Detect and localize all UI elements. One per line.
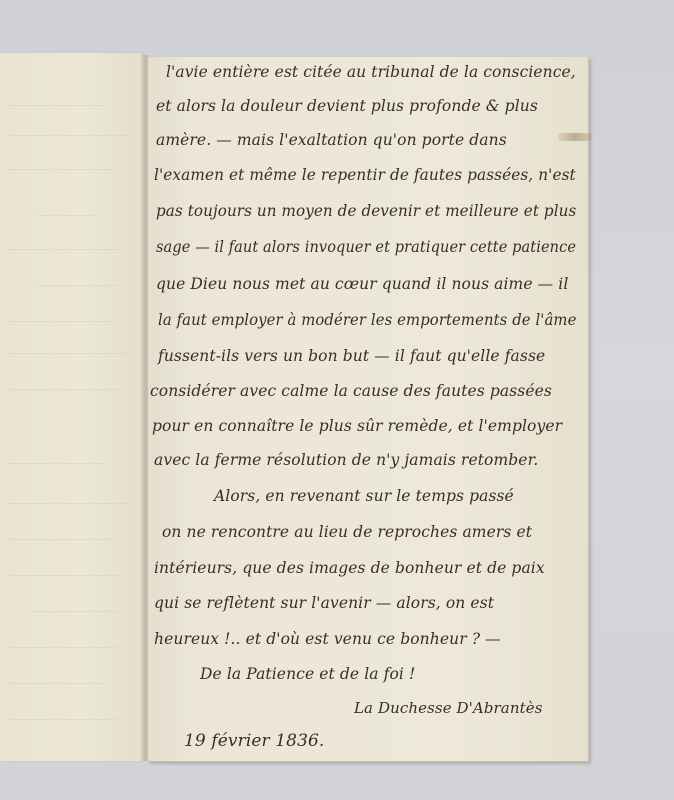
bleed-through-line (6, 343, 130, 354)
bleed-through-line (6, 159, 120, 170)
bleed-through-line (38, 205, 102, 216)
letter-line: et alors la douleur devient plus profond… (156, 97, 538, 115)
letter-line: sage — il faut alors invoquer et pratiqu… (156, 238, 576, 256)
bleed-through-line (6, 637, 120, 648)
letter-line: l'avie entière est citée au tribunal de … (166, 63, 576, 81)
bleed-through-line (6, 125, 130, 136)
bleed-through-line (6, 311, 120, 322)
left-page (0, 53, 141, 761)
letter-line: considérer avec calme la cause des faute… (150, 382, 552, 400)
bleed-through-line (6, 709, 120, 720)
bleed-through-line (38, 275, 122, 286)
bleed-through-line (6, 95, 110, 106)
bleed-through-line (6, 453, 110, 464)
letter-date: 19 février 1836. (184, 731, 324, 751)
bleed-through-line (6, 529, 120, 540)
paper-stain (558, 133, 592, 141)
letter-line: la faut employer à modérer les emporteme… (158, 311, 576, 329)
bleed-through-line (28, 601, 122, 612)
bleed-through-line (6, 239, 125, 250)
bleed-through-line (6, 565, 125, 576)
letter-line: intérieurs, que des images de bonheur et… (154, 559, 545, 577)
letter-line: heureux !.. et d'où est venu ce bonheur … (154, 630, 501, 648)
letter-line: l'examen et même le repentir de fautes p… (154, 166, 576, 184)
letter-line: amère. — mais l'exaltation qu'on porte d… (156, 131, 507, 149)
right-page: l'avie entière est citée au tribunal de … (148, 57, 589, 762)
bleed-through-line (6, 673, 110, 684)
letter-line: pour en connaître le plus sûr remède, et… (152, 417, 562, 435)
letter-line: qui se reflètent sur l'avenir — alors, o… (154, 594, 494, 612)
letter-line: pas toujours un moyen de devenir et meil… (156, 202, 576, 220)
letter-line: fussent-ils vers un bon but — il faut qu… (158, 347, 545, 365)
bleed-through-line (6, 493, 130, 504)
letter-line: avec la ferme résolution de n'y jamais r… (154, 451, 538, 469)
letter-line: que Dieu nous met au cœur quand il nous … (156, 275, 568, 293)
letter-line: Alors, en revenant sur le temps passé (214, 487, 514, 505)
bleed-through-line (6, 379, 125, 390)
letter-line: De la Patience et de la foi ! (200, 665, 415, 683)
signature: La Duchesse D'Abrantès (354, 699, 543, 717)
letter-line: on ne rencontre au lieu de reproches ame… (162, 523, 532, 541)
